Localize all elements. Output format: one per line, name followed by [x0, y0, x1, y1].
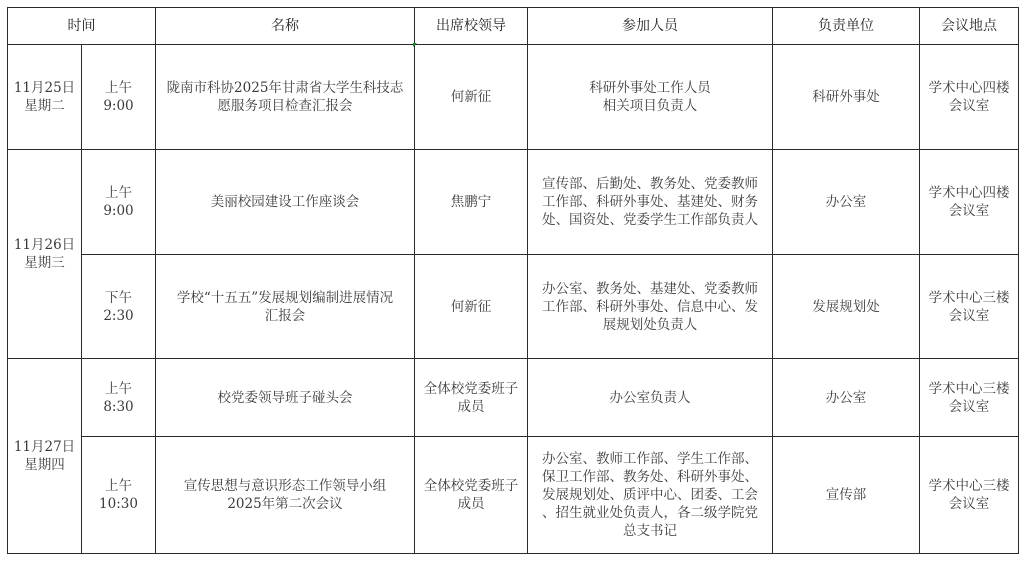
attendees-cell: 办公室、教务处、基建处、党委教师 工作部、科研外事处、信息中心、发 展规划处负责…	[528, 255, 773, 359]
location-cell: 学术中心三楼 会议室	[920, 359, 1019, 437]
time-cell: 上午 10:30	[82, 437, 156, 554]
meeting-name-cell: 陇南市科协2025年甘肃省大学生科技志 愿服务项目检查汇报会	[156, 45, 415, 150]
leader-cell: 何新征	[415, 45, 528, 150]
attendees-cell: 办公室、教师工作部、学生工作部、 保卫工作部、教务处、科研外事处、 发展规划处、…	[528, 437, 773, 554]
location-cell: 学术中心四楼 会议室	[920, 150, 1019, 255]
time-cell: 上午 9:00	[82, 150, 156, 255]
header-attendees: 参加人员	[528, 8, 773, 45]
meeting-name-cell: 美丽校园建设工作座谈会	[156, 150, 415, 255]
time-cell: 下午 2:30	[82, 255, 156, 359]
header-location: 会议地点	[920, 8, 1019, 45]
attendees-cell: 宣传部、后勤处、教务处、党委教师 工作部、科研外事处、基建处、财务 处、国资处、…	[528, 150, 773, 255]
attendees-cell: 科研外事处工作人员 相关项目负责人	[528, 45, 773, 150]
meeting-name-cell: 学校“十五五”发展规划编制进展情况 汇报会	[156, 255, 415, 359]
table-row: 11月26日 星期三 上午 9:00 美丽校园建设工作座谈会 焦鹏宁 宣传部、后…	[8, 150, 1019, 255]
header-row: 时间 名称 出席校领导 参加人员 负责单位 会议地点	[8, 8, 1019, 45]
table-row: 11月25日 星期二 上午 9:00 陇南市科协2025年甘肃省大学生科技志 愿…	[8, 45, 1019, 150]
leader-cell: 全体校党委班子 成员	[415, 359, 528, 437]
header-name: 名称	[156, 8, 415, 45]
unit-cell: 办公室	[773, 359, 920, 437]
table-row: 11月27日 星期四 上午 8:30 校党委领导班子碰头会 全体校党委班子 成员…	[8, 359, 1019, 437]
header-unit: 负责单位	[773, 8, 920, 45]
leader-cell: 焦鹏宁	[415, 150, 528, 255]
leader-cell: 全体校党委班子 成员	[415, 437, 528, 554]
unit-cell: 发展规划处	[773, 255, 920, 359]
leader-cell: 何新征	[415, 255, 528, 359]
table-row: 上午 10:30 宣传思想与意识形态工作领导小组 2025年第二次会议 全体校党…	[8, 437, 1019, 554]
time-cell: 上午 9:00	[82, 45, 156, 150]
attendees-cell: 办公室负责人	[528, 359, 773, 437]
location-cell: 学术中心三楼 会议室	[920, 437, 1019, 554]
unit-cell: 科研外事处	[773, 45, 920, 150]
location-cell: 学术中心四楼 会议室	[920, 45, 1019, 150]
date-cell: 11月26日 星期三	[8, 150, 82, 359]
unit-cell: 宣传部	[773, 437, 920, 554]
header-leader: 出席校领导	[415, 8, 528, 45]
date-cell: 11月25日 星期二	[8, 45, 82, 150]
unit-cell: 办公室	[773, 150, 920, 255]
date-cell: 11月27日 星期四	[8, 359, 82, 554]
meeting-name-cell: 宣传思想与意识形态工作领导小组 2025年第二次会议	[156, 437, 415, 554]
table-row: 下午 2:30 学校“十五五”发展规划编制进展情况 汇报会 何新征 办公室、教务…	[8, 255, 1019, 359]
header-time: 时间	[8, 8, 156, 45]
meeting-name-cell: 校党委领导班子碰头会	[156, 359, 415, 437]
meeting-schedule-table: 时间 名称 出席校领导 参加人员 负责单位 会议地点 11月25日 星期二 上午…	[7, 7, 1019, 554]
time-cell: 上午 8:30	[82, 359, 156, 437]
location-cell: 学术中心三楼 会议室	[920, 255, 1019, 359]
cell-comment-marker-icon	[413, 43, 417, 47]
